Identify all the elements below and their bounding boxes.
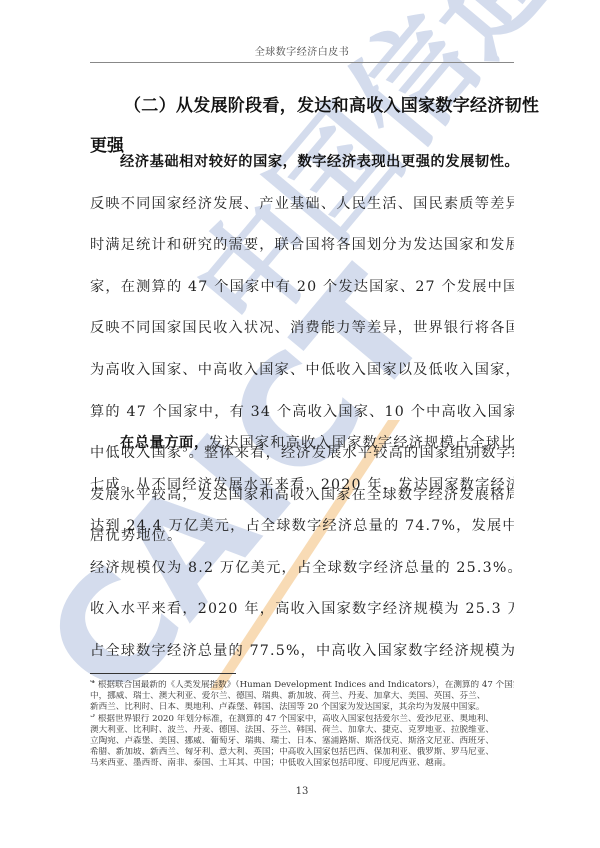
- footnote-5: 5 根据世界银行 2020 年划分标准，在测算的 47 个国家中，高收入国家包括…: [90, 714, 514, 770]
- footnote-4: 4 根据联合国最新的《人类发展指数》（Human Development Ind…: [90, 680, 514, 714]
- section-heading-line1: （二）从发展阶段看，发达和高收入国家数字经济韧性: [90, 86, 514, 126]
- page-number: 13: [90, 786, 514, 797]
- paragraph-lead: 在总量方面，: [120, 435, 209, 451]
- footnote-separator: [90, 673, 236, 674]
- footnotes: 4 根据联合国最新的《人类发展指数》（Human Development Ind…: [90, 680, 514, 770]
- running-header: 全球数字经济白皮书: [90, 43, 514, 58]
- paragraph-total-volume: 在总量方面，发达国家和高收入国家数字经济规模占全球比重超 七成。从不同经济发展水…: [90, 423, 514, 673]
- header-rule: [90, 62, 514, 63]
- paragraph-lead: 经济基础相对较好的国家，数字经济表现出更强的发展韧性。: [120, 154, 514, 170]
